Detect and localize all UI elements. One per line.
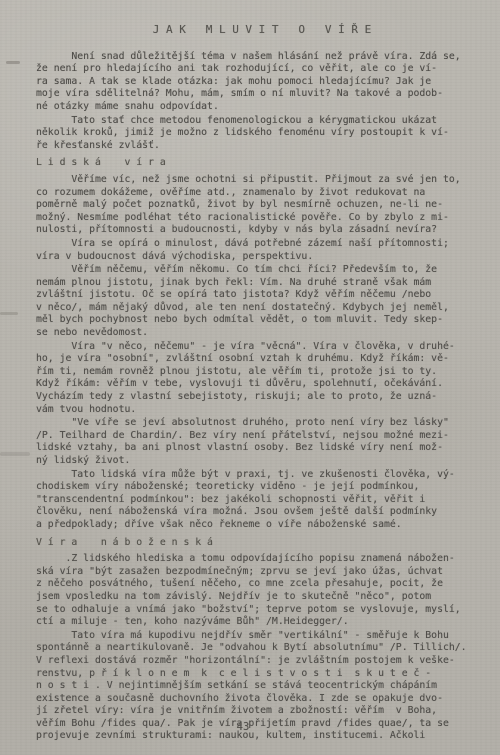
scanned-page: J A K M L U V I T O V Í Ř E Není snad dů… [0,0,500,755]
page-content: J A K M L U V I T O V Í Ř E Není snad dů… [36,24,488,744]
paragraph-lidska-1: Věříme víc, než jsme ochotni si připusti… [36,174,488,237]
paragraph-lidska-4: Víra "v něco, něčemu" - je víra "věcná".… [36,341,488,417]
page-number: 43 [0,721,486,733]
paragraph-nabozenska-1: .Z lidského hlediska a tomu odpovídající… [36,553,488,629]
paragraph-intro-2: Tato stať chce metodou fenomenologickou … [36,115,488,153]
paragraph-intro-1: Není snad důležitější téma v našem hlásá… [36,51,488,114]
scan-artifact-smudge [0,452,30,456]
scan-artifact-dash [0,312,18,315]
paragraph-lidska-6: Tato lidská víra může být v praxi, tj. v… [36,469,488,532]
section-heading-lidska-vira: L i d s k á v í r a [36,157,488,170]
document-title: J A K M L U V I T O V Í Ř E [36,24,488,37]
paragraph-lidska-2: Víra se opírá o minulost, dává potřebné … [36,238,488,263]
scan-artifact-dash [6,61,20,64]
section-heading-vira-nabozenska: V í r a n á b o ž e n s k á [36,537,488,550]
paragraph-lidska-5: "Ve víře se jeví absolutnost druhého, pr… [36,417,488,467]
paragraph-lidska-3: Věřím něčemu, věřím někomu. Co tím chci … [36,264,488,340]
